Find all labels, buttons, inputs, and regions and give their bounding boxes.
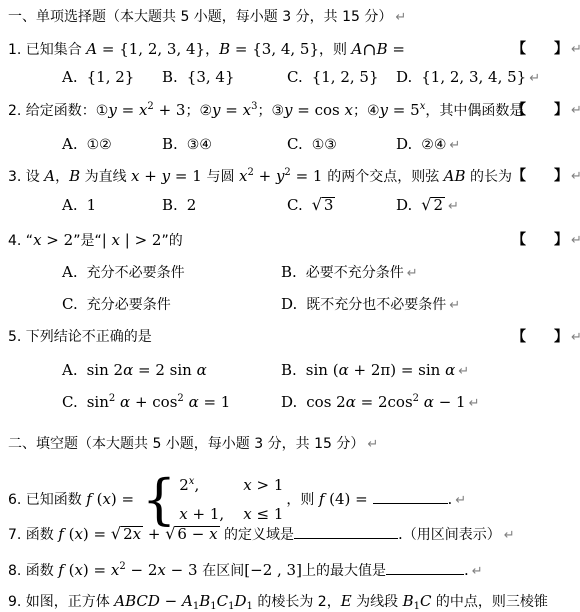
math-variable: B [199,592,210,610]
answer-bracket: 【 】 [512,232,568,248]
math-roman: . [464,561,469,579]
text-run: ；② [185,103,212,119]
text-run: ②④ [421,137,446,153]
math-variable: B [69,167,80,185]
text-run: 的两个交点，则弦 [327,169,443,185]
option-label: D. [396,68,412,86]
math-roman: + 2π) = sin [349,361,445,379]
return-mark-icon: ↵ [469,396,480,411]
math-roman: 3 [324,196,334,214]
math-variable: D [235,592,247,610]
option-label: C. [62,295,78,313]
answer-bracket-area: 【 】↵ [512,100,580,121]
sqrt-expression: √6 − x [165,527,219,543]
math-variable: α [424,393,434,411]
math-variable: x [157,561,165,579]
text-run: 7. 函数 [8,527,58,543]
math-roman: + [254,167,276,185]
return-mark-icon: ↵ [367,437,378,452]
math-variable: x [33,231,41,249]
option-d: D.cos 2α = 2cos2 α − 1↵ [281,392,480,415]
sqrt-expression: √3 [312,198,336,214]
option-a: A.{1, 2} [62,67,134,88]
math-roman: = [117,101,139,119]
math-variable: y [108,101,116,119]
question-stem: 3. 设 A，B 为直线 x + y = 1 与圆 x2 + y2 = 1 的两… [8,166,580,186]
option-label: B. [281,361,297,379]
option-label: B. [162,68,178,86]
question-stem: 1. 已知集合 A = {1, 2, 3, 4}，B = {3, 4, 5}，则… [8,39,580,59]
radical-icon: √ [165,524,175,543]
option-label: C. [287,135,303,153]
return-mark-icon: ↵ [395,10,406,25]
math-roman: 2 [123,525,133,543]
math-roman: ( [92,490,103,508]
math-roman: = 1 [170,167,206,185]
option-d: D.②④↵ [396,134,460,156]
section-header: 二、填空题（本大题共 5 小题，每小题 3 分，共 15 分）↵ [8,434,580,454]
option-a: A.1 [62,195,96,216]
math-roman: > 1 [252,476,284,494]
math-roman: ) = [83,561,111,579]
intersection-symbol: ∩ [362,40,376,60]
return-mark-icon: ↵ [571,233,580,248]
math-roman: − 1 [434,393,466,411]
option-label: D. [281,295,297,313]
math-roman: sin [87,393,109,411]
math-roman: = cos [293,101,345,119]
superscript: 2 [119,561,125,572]
math-roman: = {3, 4, 5} [230,40,319,58]
math-roman: = 1 [199,393,231,411]
math-variable: α [445,361,455,379]
text-run: 2. 给定函数：① [8,103,108,119]
option-label: C. [287,68,303,86]
math-variable: y [380,101,388,119]
option-label: A. [62,135,78,153]
text-run: ；④ [353,103,380,119]
return-mark-icon: ↵ [407,266,418,281]
question-stem: 5. 下列结论不正确的是【 】↵ [8,327,580,347]
math-roman: − [160,592,182,610]
math-variable: C [217,592,228,610]
option-c: C.①③ [287,134,337,155]
math-roman: {1, 2} [87,68,135,86]
question-stem: 9. 如图，正方体 ABCD − A1B1C1D1 的棱长为 2，E 为线段 B… [8,591,580,611]
math-roman: − 2 [126,561,158,579]
text-run: 一、单项选择题（本大题共 5 小题，每小题 3 分，共 15 分） [8,9,392,25]
option-d: D.既不充分也不必要条件↵ [281,294,460,316]
question-stem: 8. 函数 f (x) = x2 − 2x − 3 在区间[−2 , 3]上的最… [8,560,580,580]
question-stem: 7. 函数 f (x) = √2x + √6 − x 的定义域是.（用区间表示）… [8,524,580,544]
return-mark-icon: ↵ [571,169,580,184]
sqrt-expression: √2 [421,198,445,214]
math-variable: B [403,592,414,610]
options-row: A.sin 2α = 2 sin αB.sin (α + 2π) = sin α… [0,360,580,380]
math-variable: y [284,101,292,119]
math-roman: ) = [111,490,139,508]
option-label: D. [396,196,412,214]
math-variable: x [243,101,251,119]
math-variable: α [346,393,356,411]
math-roman: + [140,167,162,185]
math-variable: x [243,476,251,494]
subscript: 1 [228,601,234,612]
text-run: 5. 下列结论不正确的是 [8,329,152,345]
options-row: A.充分不必要条件B.必要不充分条件↵ [0,262,580,282]
math-variable: C [420,592,431,610]
math-variable: α [120,393,130,411]
math-roman: = 5 [388,101,420,119]
math-variable: α [197,361,207,379]
superscript: 3 [251,101,257,112]
option-b: B.2 [162,195,196,216]
math-roman: + cos [130,393,177,411]
answer-blank [386,560,464,575]
math-variable: A [351,40,362,58]
section-header: 一、单项选择题（本大题共 5 小题，每小题 3 分，共 15 分）↵ [8,7,580,27]
math-variable: x [209,525,217,543]
math-roman: = 1 [291,167,327,185]
option-b: B.sin (α + 2π) = sin α↵ [281,360,469,382]
piecewise-row: x + 1,x ≤ 1 [179,504,283,525]
math-roman: cos 2 [306,393,345,411]
math-roman: | > 2 [120,231,161,249]
superscript: 2 [147,101,153,112]
math-roman: ) = [83,525,111,543]
math-variable: x [243,505,251,523]
option-label: A. [62,196,78,214]
math-variable: B [377,40,388,58]
text-run: ， [205,42,219,58]
option-label: B. [162,135,178,153]
math-roman: = [388,40,405,58]
text-run: 为直线 [80,169,131,185]
text-run: 二、填空题（本大题共 5 小题，每小题 3 分，共 15 分） [8,436,364,452]
math-variable: x [112,231,120,249]
piecewise-row: 2x,x > 1 [179,475,283,498]
piece-expression: 2x, [179,475,243,498]
superscript: 2 [177,393,183,404]
option-b: B.{3, 4} [162,67,235,88]
text-run: ，则 [319,42,351,58]
option-label: B. [281,263,297,281]
piece-condition: x ≤ 1 [243,504,283,525]
radical-icon: √ [312,195,322,214]
math-roman: sin ( [306,361,339,379]
superscript: 2 [284,167,290,178]
text-run: （用区间表示） [403,527,501,543]
text-run: 在区间 [202,563,244,579]
option-c: C.{1, 2, 5} [287,67,379,88]
math-variable: x [102,490,110,508]
text-run: 的定义域是 [220,527,294,543]
math-variable: E [341,592,352,610]
math-variable: A [86,40,97,58]
options-row: A.①②B.③④C.①③D.②④↵ [0,134,580,154]
math-roman: 6 − [177,525,209,543]
math-variable: B [219,40,230,58]
text-run: 的长为 [466,169,512,185]
math-roman: | [102,231,112,249]
return-mark-icon: ↵ [529,71,540,86]
exam-document: 一、单项选择题（本大题共 5 小题，每小题 3 分，共 15 分）↵1. 已知集… [0,0,580,612]
text-run: 1. 已知集合 [8,42,86,58]
radical-icon: √ [421,195,431,214]
math-variable: A [44,167,55,185]
math-variable: x [74,561,82,579]
text-run: 上的最大值是 [302,563,386,579]
text-run: 4. “ [8,233,33,249]
math-roman: 2 [179,476,189,494]
superscript: 2 [247,167,253,178]
return-mark-icon: ↵ [448,199,459,214]
return-mark-icon: ↵ [571,42,580,57]
return-mark-icon: ↵ [458,364,469,379]
option-label: B. [162,196,178,214]
math-roman: + 3 [154,101,186,119]
option-label: D. [281,393,297,411]
math-roman: 2 [433,196,443,214]
math-variable: A [182,592,193,610]
brace-icon: { [142,476,176,524]
text-run: 的棱长为 2， [253,594,341,610]
math-roman: 2 [187,196,197,214]
superscript: x [189,476,195,487]
math-roman: (4) = [324,490,372,508]
radicand: 3 [322,197,336,214]
option-label: A. [62,263,78,281]
text-run: 8. 函数 [8,563,58,579]
text-run: 与圆 [207,169,239,185]
math-roman: = [221,101,243,119]
answer-bracket: 【 】 [512,41,568,57]
math-roman: {1, 2, 3, 4, 5} [421,68,526,86]
subscript: 1 [247,601,253,612]
option-c: C.sin2 α + cos2 α = 1 [62,392,230,415]
return-mark-icon: ↵ [571,330,580,345]
return-mark-icon: ↵ [455,493,466,508]
sqrt-expression: √2x [111,527,143,543]
radicand: 6 − x [175,526,219,543]
text-run: 为线段 [352,594,403,610]
text-run: ③④ [187,137,212,153]
math-roman: > 2 [42,231,74,249]
math-roman: = 2 sin [133,361,196,379]
math-roman: + 1, [188,505,224,523]
math-variable: x [345,101,353,119]
math-roman: ( [64,525,75,543]
option-label: A. [62,68,78,86]
radicand: 2 [431,197,445,214]
question-stem: 6. 已知函数 f (x) = {2x,x > 1x + 1,x ≤ 1，则 f… [8,475,580,495]
answer-bracket: 【 】 [512,168,568,184]
piecewise-function: {2x,x > 1x + 1,x ≤ 1 [142,475,283,525]
text-run: 必要不充分条件 [306,265,404,281]
option-a: A.充分不必要条件 [62,262,185,283]
piece-condition: x > 1 [243,475,283,498]
math-variable: AB [444,167,466,185]
return-mark-icon: ↵ [449,298,460,313]
math-roman: {3, 4} [187,68,235,86]
answer-bracket: 【 】 [512,329,568,345]
superscript: 2 [413,393,419,404]
math-variable: α [189,393,199,411]
answer-bracket: 【 】 [512,102,568,118]
answer-bracket-area: 【 】↵ [512,39,580,60]
text-run: ”是“ [73,233,102,249]
math-roman: + [143,525,165,543]
math-roman: = {1, 2, 3, 4} [97,40,205,58]
math-variable: α [123,361,133,379]
return-mark-icon: ↵ [472,564,483,579]
options-row: A.{1, 2}B.{3, 4}C.{1, 2, 5}D.{1, 2, 3, 4… [0,67,580,87]
math-variable: x [179,505,187,523]
subscript: 1 [210,601,216,612]
option-a: A.①② [62,134,112,155]
math-variable: x [133,525,141,543]
return-mark-icon: ↵ [504,528,515,543]
math-variable: α [339,361,349,379]
text-run: 既不充分也不必要条件 [306,297,446,313]
option-label: D. [396,135,412,153]
piecewise-rows: 2x,x > 1x + 1,x ≤ 1 [179,475,283,525]
text-run: ， [55,169,69,185]
math-roman: [−2 , 3] [244,561,302,579]
return-mark-icon: ↵ [449,138,460,153]
option-d: D.{1, 2, 3, 4, 5}↵ [396,67,540,89]
radical-icon: √ [111,524,121,543]
option-b: B.必要不充分条件↵ [281,262,418,284]
math-roman: − 3 [166,561,202,579]
answer-bracket-area: 【 】↵ [512,230,580,251]
option-c: C.√3 [287,195,335,216]
text-run: ，其中偶函数是 [425,103,523,119]
radicand: 2x [121,526,143,543]
option-a: A.sin 2α = 2 sin α [62,360,207,381]
text-run: 9. 如图，正方体 [8,594,114,610]
math-roman: , [194,476,199,494]
superscript: x [420,101,426,112]
options-row: C.充分必要条件D.既不充分也不必要条件↵ [0,294,580,314]
text-run: ，则 [286,492,318,508]
superscript: 2 [109,393,115,404]
text-run: 充分必要条件 [87,297,171,313]
text-run: ”的 [161,233,182,249]
option-label: C. [287,196,303,214]
options-row: C.sin2 α + cos2 α = 1D.cos 2α = 2cos2 α … [0,392,580,412]
text-run: ①② [87,137,112,153]
math-roman: sin 2 [87,361,123,379]
option-b: B.③④ [162,134,212,155]
piece-expression: x + 1, [179,504,243,525]
math-roman: = 2cos [356,393,413,411]
math-variable: y [162,167,170,185]
option-label: C. [62,393,78,411]
math-roman: ( [64,561,75,579]
option-label: A. [62,361,78,379]
question-stem: 4. “x > 2”是“| x | > 2”的【 】↵ [8,230,580,250]
text-run: 3. 设 [8,169,44,185]
subscript: 1 [414,601,420,612]
answer-blank [373,489,448,504]
math-variable: x [131,167,139,185]
option-c: C.充分必要条件 [62,294,171,315]
text-run: 的中点，则三棱锥 [431,594,547,610]
math-roman: {1, 2, 5} [312,68,379,86]
math-variable: y [212,101,220,119]
return-mark-icon: ↵ [571,103,580,118]
text-run: ①③ [312,137,337,153]
text-run: 6. 已知函数 [8,492,86,508]
subscript: 1 [193,601,199,612]
math-roman: ≤ 1 [252,505,284,523]
options-row: A.1B.2C.√3D.√2↵ [0,195,580,215]
question-stem: 2. 给定函数：①y = x2 + 3；②y = x3；③y = cos x；④… [8,100,580,120]
text-run: 充分不必要条件 [87,265,185,281]
math-variable: ABCD [114,592,160,610]
text-run: ；③ [257,103,284,119]
answer-bracket-area: 【 】↵ [512,166,580,187]
math-variable: x [74,525,82,543]
answer-blank [294,524,398,539]
option-d: D.√2↵ [396,195,459,217]
math-roman: . [448,490,453,508]
answer-bracket-area: 【 】↵ [512,327,580,348]
math-roman: 1 [87,196,97,214]
